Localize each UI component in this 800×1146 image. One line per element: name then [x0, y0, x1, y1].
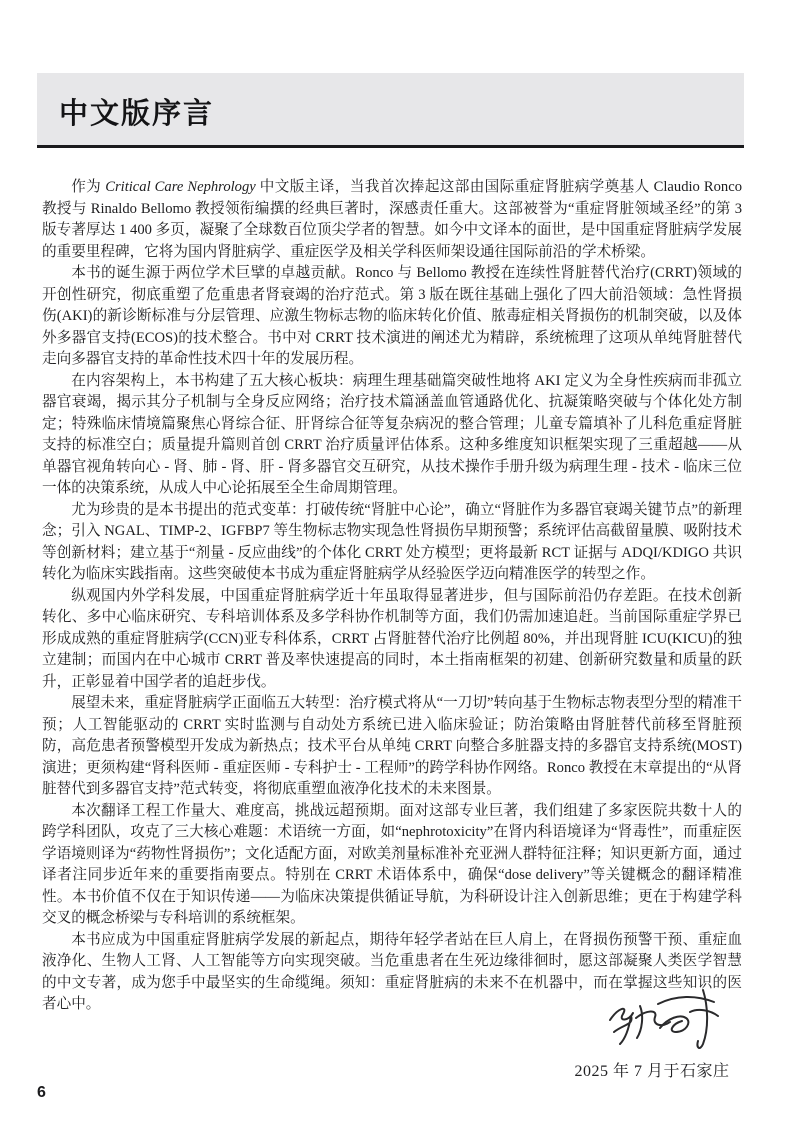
- paragraph: 本次翻译工程工作量大、难度高，挑战远超预期。面对这部专业巨著，我们组建了多家医院…: [42, 801, 742, 930]
- text-run: 本书的诞生源于两位学术巨擘的卓越贡献。Ronco 与 Bellomo 教授在连续…: [42, 265, 742, 367]
- book-page: 中文版序言 作为 Critical Care Nephrology 中文版主译，…: [0, 0, 800, 1146]
- latin-book-title: Critical Care Nephrology: [105, 179, 256, 195]
- text-run: 纵观国内外学科发展，中国重症肾脏病学近十年虽取得显著进步，但与国际前沿仍存差距。…: [42, 588, 742, 690]
- text-run: 作为: [71, 179, 105, 195]
- paragraph: 尤为珍贵的是本书提出的范式变革：打破传统“肾脏中心论”，确立“肾脏作为多器官衰竭…: [42, 500, 742, 586]
- paragraph: 本书的诞生源于两位学术巨擘的卓越贡献。Ronco 与 Bellomo 教授在连续…: [42, 263, 742, 371]
- text-run: 本次翻译工程工作量大、难度高，挑战远超预期。面对这部专业巨著，我们组建了多家医院…: [42, 803, 742, 927]
- paragraph: 在内容架构上，本书构建了五大核心板块：病理生理基础篇突破性地将 AKI 定义为全…: [42, 371, 742, 500]
- chapter-title-banner: 中文版序言: [37, 73, 744, 148]
- text-run: 在内容架构上，本书构建了五大核心板块：病理生理基础篇突破性地将 AKI 定义为全…: [42, 373, 742, 497]
- page-number: 6: [37, 1084, 46, 1102]
- paragraph: 作为 Critical Care Nephrology 中文版主译，当我首次捧起…: [42, 177, 742, 263]
- handwritten-signature-icon: [602, 988, 728, 1060]
- page-title: 中文版序言: [37, 87, 214, 132]
- paragraph: 纵观国内外学科发展，中国重症肾脏病学近十年虽取得显著进步，但与国际前沿仍存差距。…: [42, 586, 742, 694]
- text-run: 尤为珍贵的是本书提出的范式变革：打破传统“肾脏中心论”，确立“肾脏作为多器官衰竭…: [42, 502, 742, 583]
- text-run: 展望未来，重症肾脏病学正面临五大转型：治疗模式将从“一刀切”转向基于生物标志物表…: [42, 695, 742, 797]
- preface-body: 作为 Critical Care Nephrology 中文版主译，当我首次捧起…: [42, 177, 742, 1016]
- paragraph: 展望未来，重症肾脏病学正面临五大转型：治疗模式将从“一刀切”转向基于生物标志物表…: [42, 693, 742, 801]
- date-line: 2025 年 7 月于石家庄: [552, 1058, 752, 1081]
